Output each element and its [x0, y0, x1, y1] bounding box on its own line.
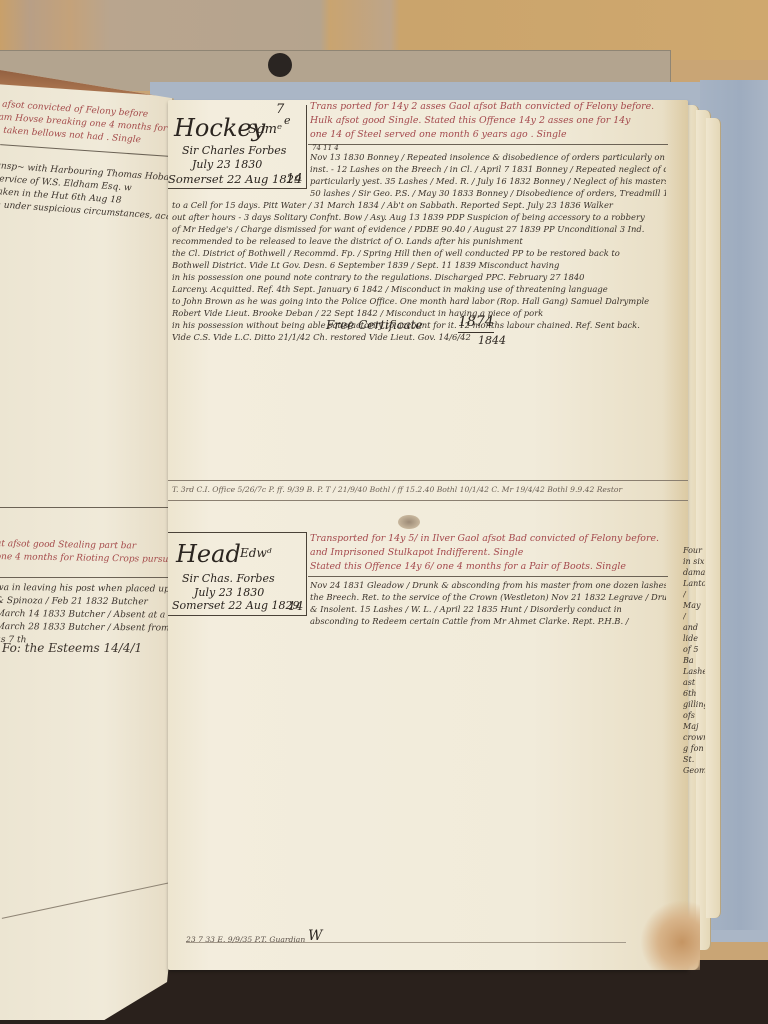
- gaol-report-line: one 14 of Steel served one month 6 years…: [310, 128, 660, 142]
- footer-reference: 23 7 33 E. 9/9/35 P.T. Guardian: [186, 934, 306, 946]
- fragment-text: May /: [683, 600, 705, 622]
- fragment-text: damage: [683, 567, 705, 578]
- conduct-line: absconding to Redeem certain Cattle from…: [310, 615, 666, 627]
- corner-water-damage: [640, 900, 700, 970]
- fragment-text: Four: [683, 545, 705, 556]
- section-rule: [168, 480, 688, 481]
- mounting-hole: [268, 53, 292, 77]
- convict-surname: Head: [176, 540, 241, 568]
- arrival-date: July 23 1830: [192, 158, 262, 171]
- left-page: d afsot convicted of Felony before ham H…: [0, 70, 174, 1020]
- left-bottom-note: Fo: the Esteems 14/4/1: [2, 642, 142, 655]
- conduct-line: Nov 13 1830 Bonney / Repeated insolence …: [310, 151, 666, 163]
- certificate-rule: [458, 332, 494, 333]
- conduct-line: & Insolent. 15 Lashes / W. L. / April 22…: [310, 603, 666, 615]
- convict-given-name: Samᵉ: [248, 122, 282, 137]
- section-rule: [168, 500, 688, 501]
- fragment-text: crown: [683, 732, 705, 743]
- left-rule: [0, 507, 172, 508]
- conduct-line: to a Cell for 15 days. Pitt Water / 31 M…: [172, 199, 666, 211]
- fragment-text: St. Geom: [683, 754, 705, 776]
- conduct-line: the Cl. District of Bothwell / Recommd. …: [172, 247, 666, 259]
- conduct-line: recommended to be released to leave the …: [172, 235, 666, 247]
- left-rule: [0, 577, 172, 578]
- left-red-line: one 4 months for Rioting Crops pursu: [0, 551, 168, 567]
- conduct-line: out after hours - 3 days Solitary Confnt…: [172, 211, 666, 223]
- left-red-notes: d afsot convicted of Felony before ham H…: [0, 98, 168, 149]
- sentence-years: 14: [288, 599, 303, 613]
- conduct-line: Bothwell District. Vide Lt Gov. Desn. 6 …: [172, 259, 666, 271]
- left-rule: [2, 882, 170, 919]
- adjacent-leaf-fragments: Four in six damage Lantos / May / and li…: [683, 545, 705, 776]
- ship-name: Sir Chas. Forbes: [182, 572, 275, 585]
- gaol-report-line: and Imprisoned Stulkapot Indifferent. Si…: [310, 546, 660, 560]
- sentence-years: 14: [286, 172, 303, 187]
- conduct-line: of Mr Hedge's / Charge dismissed for wan…: [172, 223, 666, 235]
- conduct-line: Larceny. Acquitted. Ref. 4th Sept. Janua…: [172, 283, 666, 295]
- conduct-line: Vide C.S. Vide L.C. Ditto 21/1/42 Ch. re…: [172, 331, 666, 343]
- register-page: 7 e Hockey Samᵉ Sir Charles Forbes July …: [168, 100, 688, 970]
- section-rule: [308, 144, 668, 145]
- certificate-year: 1844: [478, 334, 506, 347]
- fragment-text: gillingh: [683, 699, 705, 710]
- left-ink-notes-2: wa in leaving his post when placed upon …: [0, 582, 186, 649]
- fragment-text: in six: [683, 556, 705, 567]
- ship-name: Sir Charles Forbes: [182, 144, 286, 157]
- arrival-date: July 23 1830: [194, 586, 264, 599]
- fragment-text: Lashes: [683, 666, 705, 677]
- fragment-text: of 5 Ba: [683, 644, 705, 666]
- folio-suffix: e: [284, 114, 291, 127]
- left-ink-line: March 28 1833 Butcher / Absent from: [0, 621, 185, 636]
- gaol-report-line: Hulk afsot good Single. Stated this Offe…: [310, 114, 660, 128]
- trial-place-date: Somerset 22 Aug 1829: [168, 172, 301, 186]
- certificate-number: 1874: [458, 314, 494, 330]
- conduct-line: in his possession one pound note contrar…: [172, 271, 666, 283]
- conduct-line: the Breech. Ret. to the service of the C…: [310, 591, 666, 603]
- gaol-report-line: Transported for 14y 5/ in Ilver Gaol afs…: [310, 532, 660, 546]
- footer-mark: W: [308, 928, 322, 944]
- conduct-line: particularly yest. 35 Lashes / Med. R. /…: [310, 175, 666, 187]
- convict-given-name: Edwᵈ: [240, 546, 272, 560]
- conduct-line: 50 lashes / Sir Geo. P.S. / May 30 1833 …: [310, 187, 666, 199]
- left-red-notes-2: at afsot good Stealing part bar one 4 mo…: [0, 538, 169, 567]
- fragment-text: ast 6th: [683, 677, 705, 699]
- fragment-text: g fon: [683, 743, 705, 754]
- fragment-text: and lide: [683, 622, 705, 644]
- office-references-line: T. 3rd C.I. Office 5/26/7c P. ff. 9/39 B…: [172, 484, 666, 496]
- conduct-line: inst. - 12 Lashes on the Breech / in Cl.…: [310, 163, 666, 175]
- conduct-line: to John Brown as he was going into the P…: [172, 295, 666, 307]
- trial-place-date: Somerset 22 Aug 1829: [172, 599, 299, 612]
- fragment-text: ofs Maj: [683, 710, 705, 732]
- fragment-text: Lantos /: [683, 578, 705, 600]
- ink-stain: [398, 515, 420, 529]
- gaol-report-line: Stated this Offence 14y 6/ one 4 months …: [310, 560, 660, 574]
- gaol-report-line: Trans ported for 14y 2 asses Gaol afsot …: [310, 100, 660, 114]
- section-rule: [308, 576, 668, 577]
- certificate-label: Free Certificate: [326, 318, 423, 332]
- page-edge: [706, 118, 721, 918]
- conduct-line: Nov 24 1831 Gleadow / Drunk & absconding…: [310, 579, 666, 591]
